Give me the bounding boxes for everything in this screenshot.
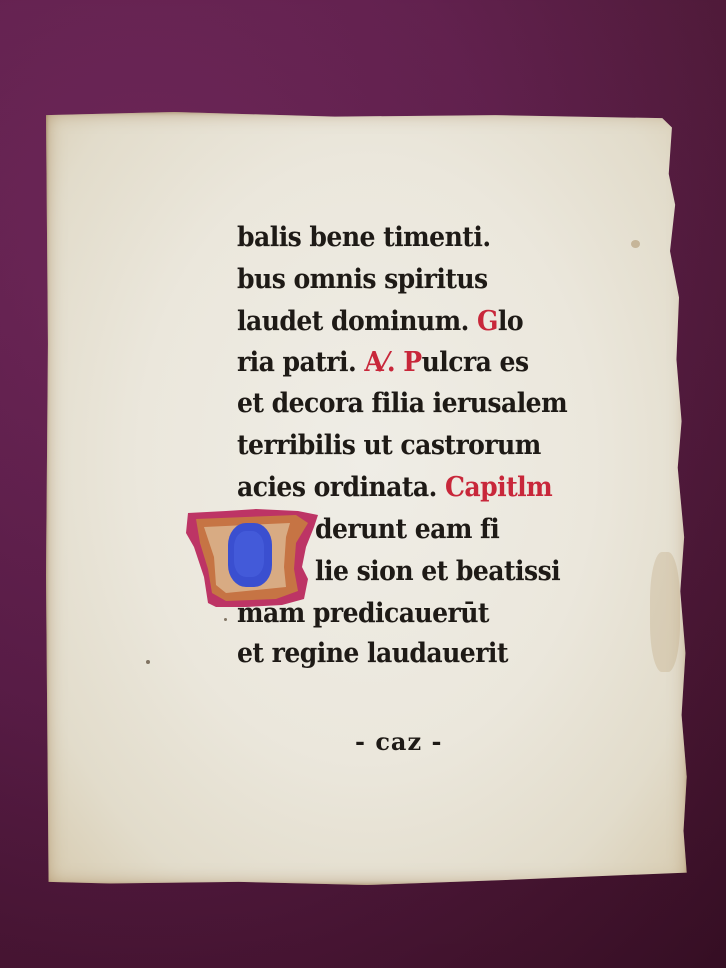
ink-spot [631, 240, 640, 248]
text-segment: et regine laudauerit [237, 638, 508, 669]
text-segment: derunt eam fi [315, 514, 499, 545]
text-segment: et decora filia ierusalem [237, 388, 567, 419]
text-line-11: et regine laudauerit [237, 638, 508, 678]
text-segment: bus omnis spiritus [237, 264, 488, 295]
rubric-antiphon: A⁄. P [364, 347, 421, 378]
speck [224, 618, 227, 621]
text-segment: terribilis ut castrorum [237, 430, 541, 461]
text-line-9: lie sion et beatissi [315, 556, 560, 596]
text-line-7: acies ordinata. Capitlm [237, 472, 552, 512]
text-segment: laudet dominum. [237, 306, 477, 337]
rubric-capitulum: Capitlm [445, 472, 552, 503]
text-segment: balis bene timenti. [237, 222, 491, 253]
text-line-5: et decora filia ierusalem [237, 388, 567, 428]
rubric-initial: G [477, 306, 498, 337]
illuminated-initial [186, 507, 320, 610]
text-line-6: terribilis ut castrorum [237, 430, 541, 470]
folio-number: - caz - [355, 727, 442, 756]
text-line-4: ria patri. A⁄. Pulcra es [237, 347, 529, 387]
text-line-3: laudet dominum. Glo [237, 306, 523, 346]
text-line-2: bus omnis spiritus [237, 264, 488, 304]
speck [146, 660, 150, 664]
text-segment: ria patri. [237, 347, 364, 378]
text-line-1: balis bene timenti. [237, 222, 491, 262]
text-segment: lie sion et beatissi [315, 556, 560, 587]
illuminated-initial-icon [186, 507, 320, 610]
text-segment: ulcra es [422, 347, 529, 378]
text-line-8: derunt eam fi [315, 514, 499, 554]
text-segment: acies ordinata. [237, 472, 445, 503]
text-segment: lo [498, 306, 523, 337]
water-stain [650, 552, 680, 672]
